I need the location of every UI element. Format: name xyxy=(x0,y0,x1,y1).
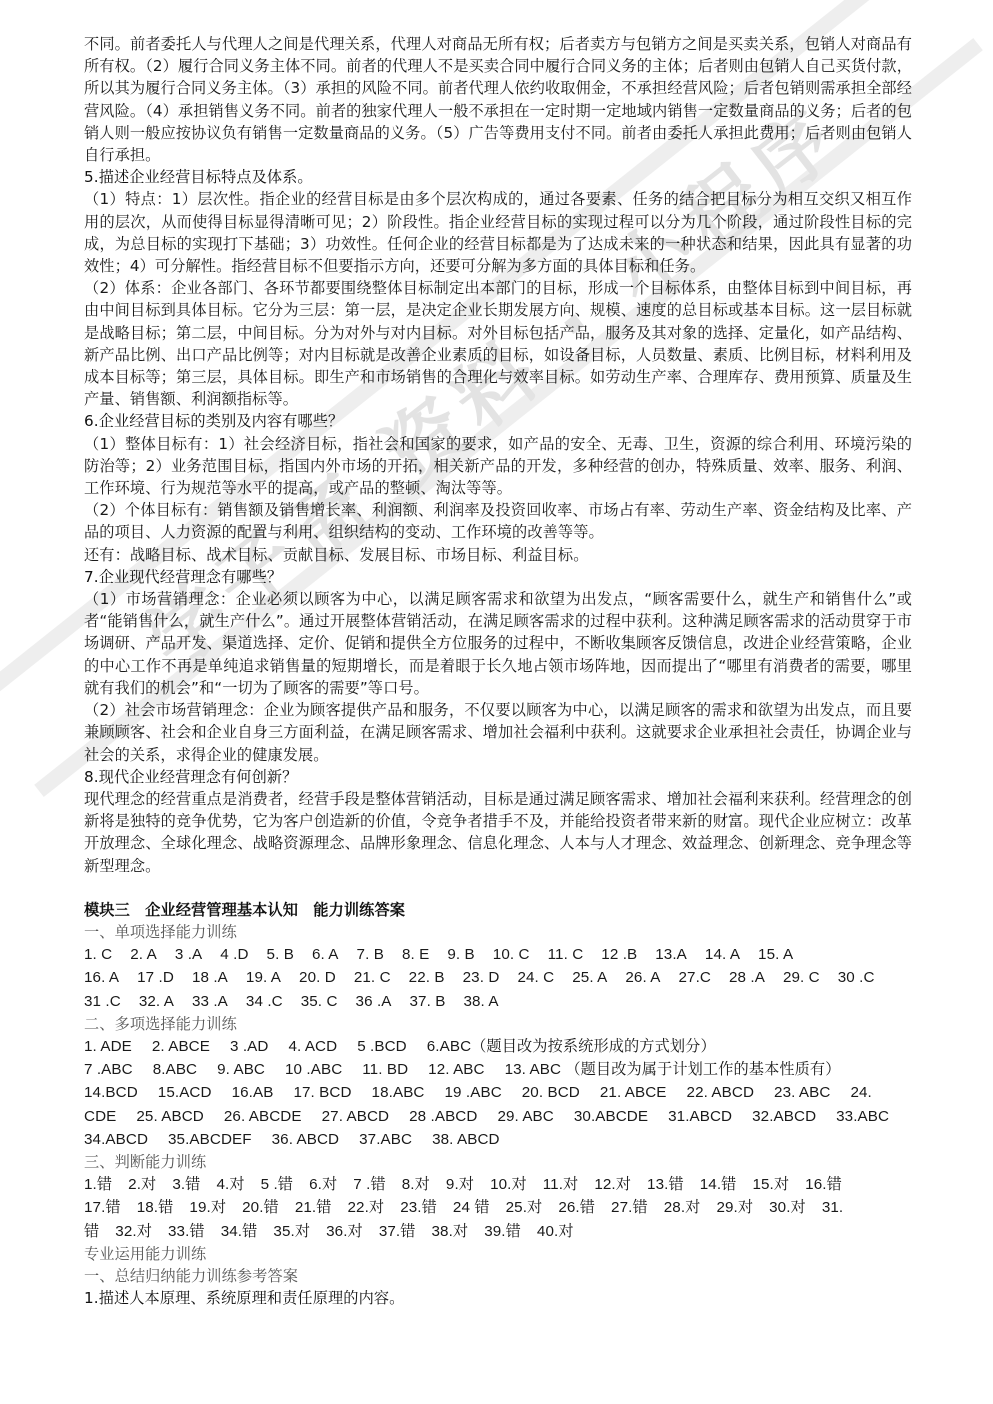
answer-item: 28.对 xyxy=(664,1197,701,1219)
answer-item: 36 .A xyxy=(356,991,392,1013)
answer-item: 24 错 xyxy=(453,1197,490,1219)
answer-item: 15. A xyxy=(758,944,793,966)
answer-item: 39.错 xyxy=(484,1221,521,1243)
answer-item: 33.ABC xyxy=(836,1106,889,1128)
answer-item: 40.对 xyxy=(537,1221,574,1243)
answer-item: 19. A xyxy=(246,967,281,989)
answer-item: 18 .A xyxy=(192,967,228,989)
answer-item: 36. ABCD xyxy=(272,1129,340,1151)
answer-item: 10. C xyxy=(493,944,530,966)
answer-item: 35.对 xyxy=(273,1221,310,1243)
answer-item: 11. BD xyxy=(362,1059,408,1081)
answer-item: 4. ACD xyxy=(288,1036,337,1058)
answer-item: 20. BCD xyxy=(522,1082,580,1104)
single-choice-answers: 1. C2. A3 .A4 .D5. B6. A7. B8. E9. B10. … xyxy=(84,943,912,1013)
answer-item: 9. B xyxy=(447,944,474,966)
answer-item: 16.错 xyxy=(805,1174,842,1196)
answer-item: 5. B xyxy=(267,944,294,966)
answer-row: 16. A17 .D18 .A19. A20. D21. C22. B23. D… xyxy=(84,966,912,989)
professional-question-1: 1.描述人本原理、系统原理和责任原理的内容。 xyxy=(84,1287,912,1309)
answer-item: 17. BCD xyxy=(293,1082,351,1104)
answer-item: 21. ABCE xyxy=(600,1082,667,1104)
answer-item: 38. ABCD xyxy=(432,1129,500,1151)
answer-item: 3 .AD xyxy=(230,1036,268,1058)
answer-item: 错 xyxy=(84,1221,99,1243)
answer-row: 14.BCD15.ACD16.AB17. BCD18.ABC19 .ABC20.… xyxy=(84,1081,912,1104)
answer-item: 24. xyxy=(850,1082,871,1104)
answer-item: 1. C xyxy=(84,944,112,966)
question-8-answer: 现代理念的经营重点是消费者，经营手段是整体营销活动，目标是通过满足顾客需求、增加… xyxy=(84,788,912,877)
answer-item: 15.对 xyxy=(752,1174,789,1196)
answer-item: 38. A xyxy=(463,991,498,1013)
answer-item: 1.错 xyxy=(84,1174,112,1196)
answer-item: 26. A xyxy=(625,967,660,989)
answer-item: 23. D xyxy=(463,967,500,989)
question-8-title: 8.现代企业经营理念有何创新？ xyxy=(84,766,912,788)
question-5-system: （2）体系：企业各部门、各环节都要围绕整体目标制定出本部门的目标，形成一个目标体… xyxy=(84,277,912,410)
question-5-features: （1）特点：1）层次性。指企业的经营目标是由多个层次构成的，通过各要素、任务的结… xyxy=(84,188,912,277)
answer-item: 7 .ABC xyxy=(84,1059,133,1081)
question-7-social-marketing-concept: （2）社会市场营销理念：企业为顾客提供产品和服务，不仅要以顾客为中心，以满足顾客… xyxy=(84,699,912,766)
answer-item: 13. ABC （题目改为属于计划工作的基本性质有） xyxy=(505,1059,841,1081)
judgment-answers: 1.错2.对3.错4.对5 .错6.对7 .错8.对9.对10.对11.对12.… xyxy=(84,1173,912,1243)
answer-row: CDE25. ABCD26. ABCDE27. ABCD28 .ABCD29. … xyxy=(84,1105,912,1128)
answer-row: 17.错18.错19.对20.错21.错22.对23.错24 错25.对26.错… xyxy=(84,1196,912,1219)
answer-item: 10.对 xyxy=(490,1174,527,1196)
answer-item: 8. E xyxy=(402,944,429,966)
answer-item: 6.对 xyxy=(309,1174,337,1196)
professional-subtitle: 一、总结归纳能力训练参考答案 xyxy=(84,1265,912,1287)
answer-item: 13.A xyxy=(655,944,687,966)
answer-item: 37.ABC xyxy=(359,1129,412,1151)
answer-row: 7 .ABC8.ABC9. ABC10 .ABC11. BD12. ABC13.… xyxy=(84,1058,912,1081)
answer-item: 37.错 xyxy=(379,1221,416,1243)
answer-item: 12. ABC xyxy=(428,1059,484,1081)
answer-item: 7 .错 xyxy=(353,1174,385,1196)
answer-item: 25. A xyxy=(572,967,607,989)
answer-row: 1.错2.对3.错4.对5 .错6.对7 .错8.对9.对10.对11.对12.… xyxy=(84,1173,912,1196)
question-6-overall-goals: （1）整体目标有：1）社会经济目标，指社会和国家的要求，如产品的安全、无毒、卫生… xyxy=(84,433,912,500)
answer-item: 14.错 xyxy=(700,1174,737,1196)
module-heading: 模块三 企业经营管理基本认知 能力训练答案 xyxy=(84,899,912,921)
answer-item: 14. A xyxy=(705,944,740,966)
answer-item: 7. B xyxy=(357,944,384,966)
answer-item: 16.AB xyxy=(232,1082,274,1104)
answer-row: 1. C2. A3 .A4 .D5. B6. A7. B8. E9. B10. … xyxy=(84,943,912,966)
answer-item: 30.ABCDE xyxy=(574,1106,648,1128)
question-5-title: 5.描述企业经营目标特点及体系。 xyxy=(84,166,912,188)
answer-item: 25. ABCD xyxy=(136,1106,204,1128)
answer-item: 37. B xyxy=(410,991,446,1013)
answer-item: 12.对 xyxy=(594,1174,631,1196)
answer-item: 23.错 xyxy=(400,1197,437,1219)
answer-item: 34.ABCD xyxy=(84,1129,148,1151)
answer-item: 27.错 xyxy=(611,1197,648,1219)
answer-item: 4 .D xyxy=(220,944,248,966)
answer-item: 16. A xyxy=(84,967,119,989)
answer-item: 30.对 xyxy=(769,1197,806,1219)
answer-item: 25.对 xyxy=(506,1197,543,1219)
answer-item: 23. ABC xyxy=(774,1082,830,1104)
answer-item: 4.对 xyxy=(216,1174,244,1196)
answer-item: 29. ABC xyxy=(497,1106,553,1128)
answer-item: 28 .A xyxy=(729,967,765,989)
question-7-marketing-concept: （1）市场营销理念：企业必须以顾客为中心，以满足顾客需求和欲望为出发点，“顾客需… xyxy=(84,588,912,699)
answer-item: 30 .C xyxy=(838,967,875,989)
paragraph-intro: 不同。前者委托人与代理人之间是代理关系，代理人对商品无所有权；后者卖方与包销方之… xyxy=(84,33,912,166)
answer-item: 9.对 xyxy=(446,1174,474,1196)
multiple-choice-title: 二、多项选择能力训练 xyxy=(84,1013,912,1035)
answer-item: 32.ABCD xyxy=(752,1106,816,1128)
document-page: 不同。前者委托人与代理人之间是代理关系，代理人对商品无所有权；后者卖方与包销方之… xyxy=(84,33,912,1309)
answer-item: 8.对 xyxy=(402,1174,430,1196)
answer-item: 6.ABC（题目改为按系统形成的方式划分） xyxy=(427,1036,716,1058)
answer-item: 36.对 xyxy=(326,1221,363,1243)
answer-row: 1. ADE2. ABCE3 .AD4. ACD5 .BCD6.ABC（题目改为… xyxy=(84,1035,912,1058)
question-6-title: 6.企业经营目标的类别及内容有哪些？ xyxy=(84,410,912,432)
answer-item: 38.对 xyxy=(432,1221,469,1243)
answer-item: 17 .D xyxy=(137,967,174,989)
answer-item: 11. C xyxy=(548,944,584,966)
answer-item: 12 .B xyxy=(601,944,637,966)
answer-item: 8.ABC xyxy=(153,1059,197,1081)
answer-item: 33.错 xyxy=(168,1221,205,1243)
answer-item: 27. ABCD xyxy=(322,1106,390,1128)
question-6-other-goals: 还有：战略目标、战术目标、贡献目标、发展目标、市场目标、利益目标。 xyxy=(84,544,912,566)
answer-item: 5 .错 xyxy=(261,1174,293,1196)
professional-title: 专业运用能力训练 xyxy=(84,1243,912,1265)
answer-item: 26. ABCDE xyxy=(224,1106,302,1128)
answer-item: 19.对 xyxy=(189,1197,226,1219)
answer-item: 3 .A xyxy=(175,944,202,966)
answer-item: 22. B xyxy=(409,967,445,989)
answer-item: CDE xyxy=(84,1106,116,1128)
single-choice-title: 一、单项选择能力训练 xyxy=(84,921,912,943)
answer-item: 19 .ABC xyxy=(445,1082,502,1104)
question-7-title: 7.企业现代经营理念有哪些？ xyxy=(84,566,912,588)
answer-item: 34.错 xyxy=(221,1221,258,1243)
answer-item: 17.错 xyxy=(84,1197,121,1219)
question-6-individual-goals: （2）个体目标有：销售额及销售增长率、利润额、利润率及投资回收率、市场占有率、劳… xyxy=(84,499,912,543)
answer-item: 5 .BCD xyxy=(357,1036,407,1058)
answer-item: 20.错 xyxy=(242,1197,279,1219)
answer-item: 34 .C xyxy=(246,991,283,1013)
answer-item: 21.错 xyxy=(295,1197,332,1219)
answer-item: 2. A xyxy=(130,944,157,966)
answer-item: 35.ABCDEF xyxy=(168,1129,252,1151)
answer-item: 32.对 xyxy=(115,1221,152,1243)
answer-item: 18.ABC xyxy=(372,1082,425,1104)
answer-item: 15.ACD xyxy=(158,1082,212,1104)
answer-item: 22. ABCD xyxy=(687,1082,755,1104)
answer-item: 1. ADE xyxy=(84,1036,132,1058)
answer-item: 31. xyxy=(822,1197,843,1219)
answer-item: 31 .C xyxy=(84,991,121,1013)
answer-item: 18.错 xyxy=(137,1197,174,1219)
answer-item: 22.对 xyxy=(348,1197,385,1219)
answer-item: 11.对 xyxy=(543,1174,579,1196)
answer-item: 20. D xyxy=(299,967,336,989)
answer-item: 24. C xyxy=(517,967,554,989)
answer-item: 31.ABCD xyxy=(668,1106,732,1128)
answer-item: 21. C xyxy=(354,967,391,989)
multiple-choice-answers: 1. ADE2. ABCE3 .AD4. ACD5 .BCD6.ABC（题目改为… xyxy=(84,1035,912,1151)
answer-item: 29. C xyxy=(783,967,820,989)
answer-row: 错32.对33.错34.错35.对36.对37.错38.对39.错40.对 xyxy=(84,1220,912,1243)
answer-item: 35. C xyxy=(301,991,338,1013)
answer-item: 32. A xyxy=(139,991,174,1013)
answer-item: 2. ABCE xyxy=(152,1036,210,1058)
answer-item: 27.C xyxy=(679,967,711,989)
answer-row: 34.ABCD35.ABCDEF36. ABCD37.ABC38. ABCD xyxy=(84,1128,912,1151)
answer-item: 33 .A xyxy=(192,991,228,1013)
answer-item: 28 .ABCD xyxy=(409,1106,477,1128)
answer-item: 29.对 xyxy=(716,1197,753,1219)
answer-item: 6. A xyxy=(312,944,339,966)
answer-item: 2.对 xyxy=(128,1174,156,1196)
answer-item: 9. ABC xyxy=(217,1059,265,1081)
answer-item: 3.错 xyxy=(172,1174,200,1196)
answer-item: 26.错 xyxy=(558,1197,595,1219)
answer-item: 14.BCD xyxy=(84,1082,138,1104)
answer-item: 13.错 xyxy=(647,1174,684,1196)
answer-item: 10 .ABC xyxy=(285,1059,342,1081)
judgment-title: 三、判断能力训练 xyxy=(84,1151,912,1173)
answer-row: 31 .C32. A33 .A34 .C35. C36 .A37. B38. A xyxy=(84,990,912,1013)
